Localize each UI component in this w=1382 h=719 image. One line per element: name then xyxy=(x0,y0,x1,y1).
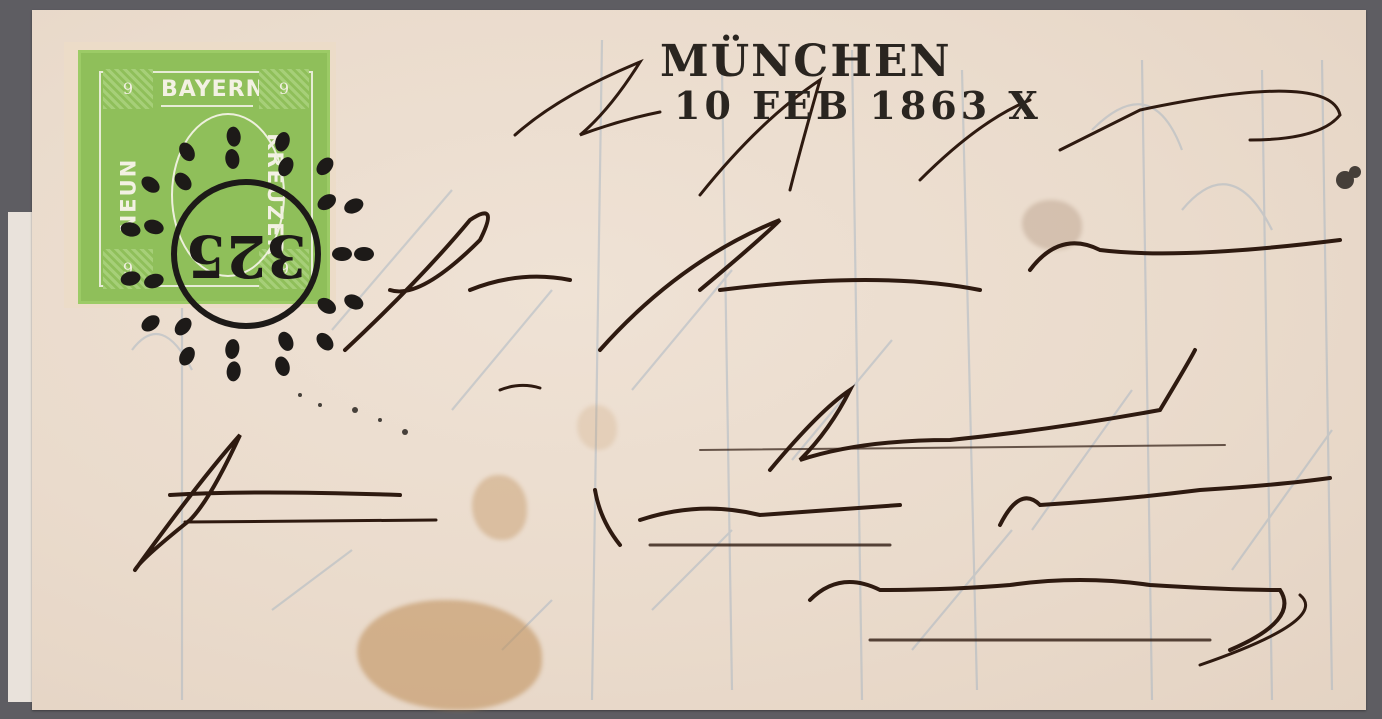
postmark: MÜNCHEN 10 FEB 1863 X xyxy=(660,40,1042,128)
postmark-suffix: X xyxy=(1008,83,1041,128)
postmark-town: MÜNCHEN xyxy=(660,40,1042,84)
cancel-number: 325 xyxy=(185,222,306,290)
postmark-date: 10 FEB 1863 xyxy=(674,83,991,128)
